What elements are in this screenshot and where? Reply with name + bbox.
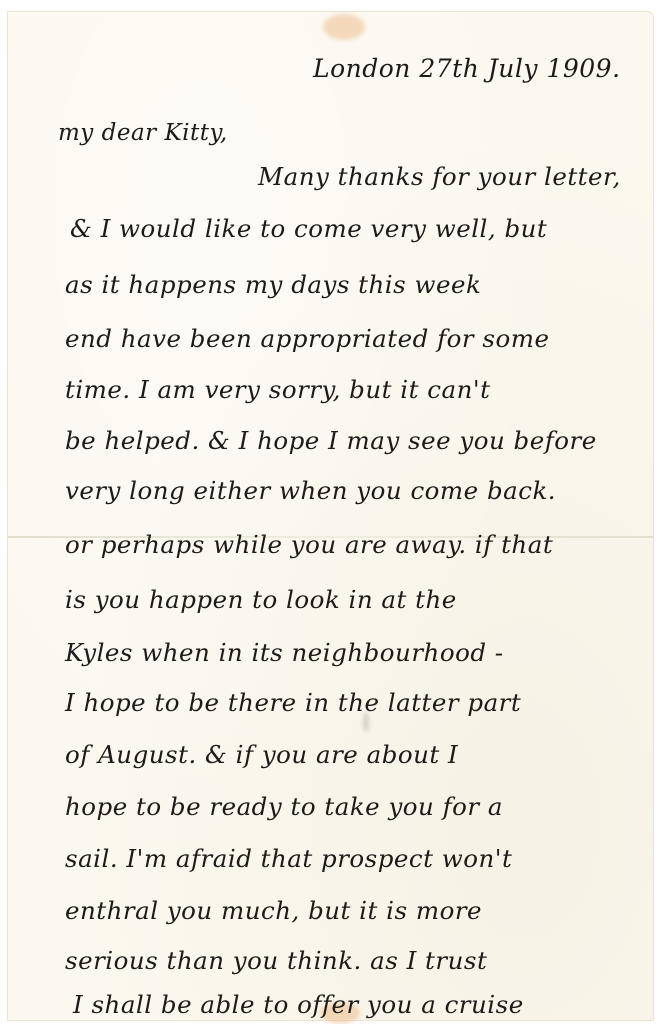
- letter-line: sail. I'm afraid that prospect won't: [65, 844, 512, 873]
- letter-line: serious than you think. as I trust: [65, 946, 487, 975]
- letter-line: hope to be ready to take you for a: [65, 792, 503, 821]
- letter-line: as it happens my days this week: [65, 270, 481, 299]
- letter-line: & I would like to come very well, but: [70, 214, 547, 243]
- letter-dateline: London 27th July 1909.: [313, 54, 621, 83]
- letter-line: end have been appropriated for some: [65, 324, 549, 353]
- letter-line: is you happen to look in at the: [65, 585, 457, 614]
- paper-stain-top: [323, 14, 365, 40]
- letter-salutation: my dear Kitty,: [58, 120, 228, 146]
- letter-page: London 27th July 1909. my dear Kitty, Ma…: [8, 12, 653, 1020]
- letter-line: be helped. & I hope I may see you before: [65, 426, 597, 455]
- letter-line: enthral you much, but it is more: [65, 896, 482, 925]
- letter-line: Kyles when in its neighbourhood -: [65, 638, 504, 667]
- letter-line: of August. & if you are about I: [65, 740, 458, 769]
- letter-line: very long either when you come back.: [65, 476, 556, 505]
- letter-line: I shall be able to offer you a cruise: [73, 990, 524, 1019]
- letter-line: I hope to be there in the latter part: [65, 688, 521, 717]
- letter-line: Many thanks for your letter,: [258, 162, 621, 191]
- letter-line: time. I am very sorry, but it can't: [65, 375, 490, 404]
- letter-line: or perhaps while you are away. if that: [65, 530, 553, 559]
